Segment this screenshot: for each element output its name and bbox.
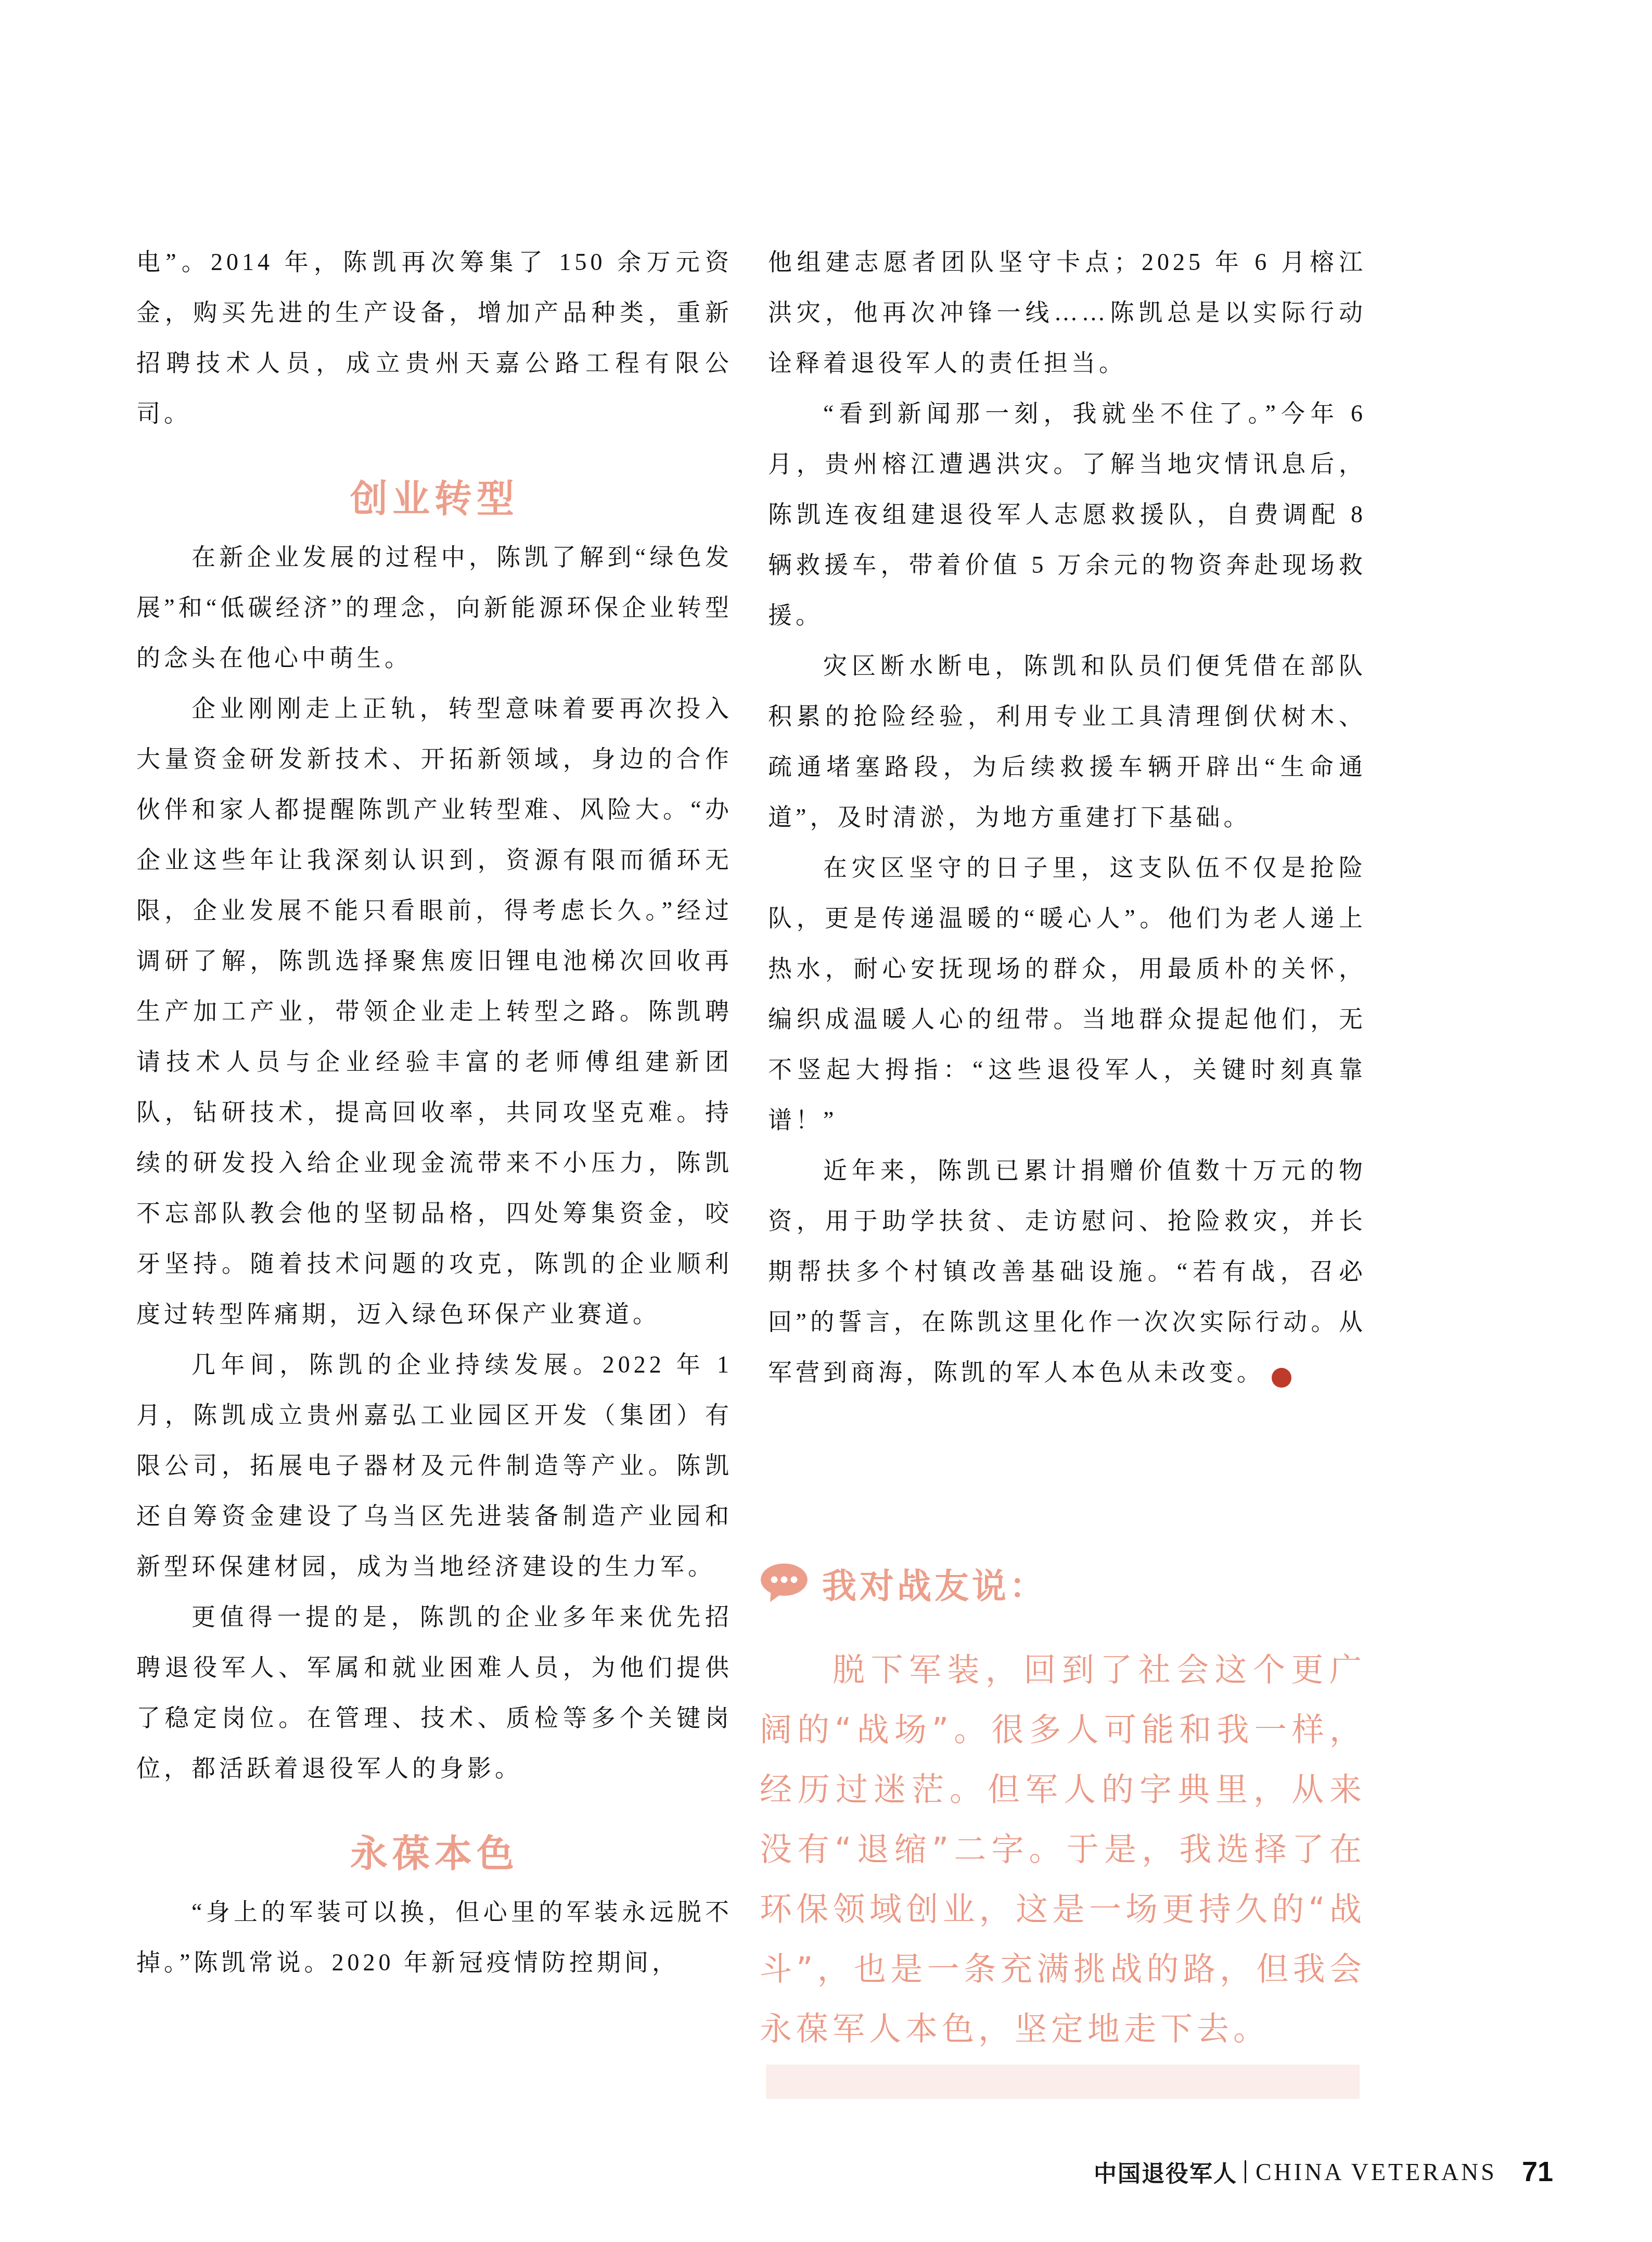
footer-page-number: 71 [1522,2156,1553,2188]
quote-heading: 我对战友说： [822,1558,1047,1608]
para-veteran-hiring: 更值得一提的是，陈凯的企业多年来优先招聘退役军人、军属和就业困难人员，为他们提供… [136,1592,733,1793]
quote-body: 脱下军装，回到了社会这个更广阔的“战场”。很多人可能和我一样，经历过迷茫。但军人… [760,1640,1366,2059]
footer-magazine-en: CHINA VETERANS [1256,2158,1497,2186]
para-company-founding: 电”。2014 年，陈凯再次筹集了 150 余万元资金，购买先进的生产设备，增加… [136,237,733,439]
para-expansion: 几年间，陈凯的企业持续发展。2022 年 1 月，陈凯成立贵州嘉弘工业园区开发（… [136,1339,733,1592]
section-heading-true-colors: 永葆本色 [136,1828,733,1880]
para-transformation: 企业刚刚走上正轨，转型意味着要再次投入大量资金研发新技术、开拓新领域，身边的合作… [136,683,733,1339]
para-rescue-work: 灾区断水断电，陈凯和队员们便凭借在部队积累的抢险经验，利用专业工具清理倒伏树木、… [768,640,1366,842]
page-footer: 中国退役军人 CHINA VETERANS 71 [1094,2155,1553,2188]
para-donations: 近年来，陈凯已累计捐赠价值数十万元的物资，用于助学扶贫、走访慰问、抢险救灾，并长… [768,1145,1366,1398]
speech-bubble-icon [760,1562,809,1604]
quote-heading-row: 我对战友说： [760,1558,1366,1608]
para-warm-hearts: 在灾区坚守的日子里，这支队伍不仅是抢险队，更是传递温暖的“暖心人”。他们为老人递… [768,842,1366,1145]
para-donations-text: 近年来，陈凯已累计捐赠价值数十万元的物资，用于助学扶贫、走访慰问、抢险救灾，并长… [768,1157,1366,1386]
footer-divider [1245,2160,1246,2183]
para-flood-response: “看到新闻那一刻，我就坐不住了。”今年 6 月，贵州榕江遭遇洪灾。了解当地灾情讯… [768,388,1366,640]
quote-section: 我对战友说： 脱下军装，回到了社会这个更广阔的“战场”。很多人可能和我一样，经历… [760,1558,1366,2059]
quote-underline-band [766,2065,1360,2099]
column-right: 他组建志愿者团队坚守卡点；2025 年 6 月榕江洪灾，他再次冲锋一线……陈凯总… [768,237,1366,1398]
veterans-v-badge-icon: V [1272,1368,1291,1388]
para-uniform-quote: “身上的军装可以换，但心里的军装永远脱不掉。”陈凯常说。2020 年新冠疫情防控… [136,1887,733,1988]
section-heading-transform: 创业转型 [136,473,733,525]
para-volunteer-team: 他组建志愿者团队坚守卡点；2025 年 6 月榕江洪灾，他再次冲锋一线……陈凯总… [768,237,1366,388]
footer-magazine-cn: 中国退役军人 [1094,2155,1237,2188]
para-green-idea: 在新企业发展的过程中，陈凯了解到“绿色发展”和“低碳经济”的理念，向新能源环保企… [136,532,733,683]
column-left: 电”。2014 年，陈凯再次筹集了 150 余万元资金，购买先进的生产设备，增加… [136,237,733,1988]
magazine-page: 电”。2014 年，陈凯再次筹集了 150 余万元资金，购买先进的生产设备，增加… [0,0,1652,2242]
